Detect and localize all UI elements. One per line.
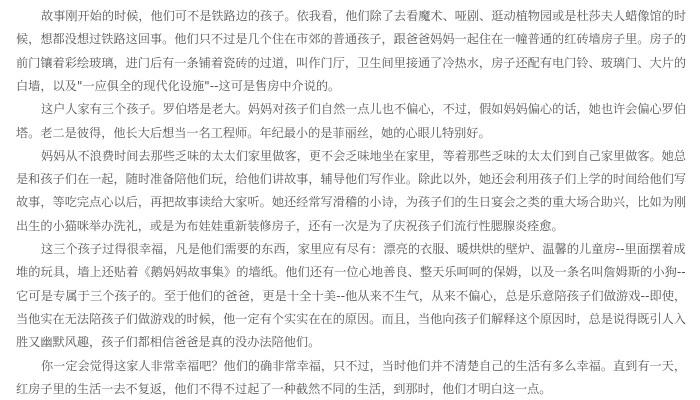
text-line: 你一定会觉得这家人非常幸福吧？他们的确非常幸福，只不过，当时他们并不清楚自己的生… [41,355,686,378]
text-line: 白墙，以及"一应俱全的现代化设施"--这可是售房中介说的。 [16,75,340,98]
text-line: 这户人家有三个孩子。罗伯塔是老大。妈妈对孩子们自然一点儿也不偏心，不过，假如妈妈… [41,98,686,121]
text-line: 当他实在无法陪孩子们做游戏的时候，他一定有个实实在在的原因。而且，当他向孩子们解… [16,308,686,331]
text-line: 胜又幽默风趣，孩子们都相信爸爸是真的没办法陪他们。 [16,331,320,354]
text-line: 堆的玩具，墙上还贴着《鹅妈妈故事集》的墙纸。他们还有一位心地善良、整天乐呵呵的保… [16,261,686,284]
document-body: 故事刚开始的时候，他们可不是铁路边的孩子。依我看，他们除了去看魔术、哑剧、逛动植… [0,0,700,400]
text-line: 故事刚开始的时候，他们可不是铁路边的孩子。依我看，他们除了去看魔术、哑剧、逛动植… [41,5,686,28]
text-line: 是和孩子们在一起，随时准备陪他们玩，给他们讲故事，辅导他们写作业。除此以外，她还… [16,168,686,191]
text-line: 故事，等吃完点心以后，再把故事读给大家听。她还经常写滑稽的小诗，为孩子们的生日宴… [16,191,686,214]
text-line: 这三个孩子过得很幸福，凡是他们需要的东西，家里应有尽有：漂亮的衣服、暖烘烘的壁炉… [41,238,686,261]
text-line: 前门镶着彩绘玻璃，进门后有一条铺着瓷砖的过道，叫作门厅，卫生间里接通了冷热水，房… [16,52,686,75]
text-line: 候，想都没想过铁路这回事。他们只不过是几个住在市郊的普通孩子，跟爸爸妈妈一起住在… [16,28,686,51]
text-line: 出生的小猫咪举办洗礼，或是为布娃娃重新装修房子，还有一次是为了庆祝孩子们流行性腮… [16,215,564,238]
text-line: 它可是专属于三个孩子的。至于他们的爸爸，更是十全十美--他从来不生气，从来不偏心… [16,285,686,308]
text-line: 红房子里的生活一去不复返，他们不得不过起了一种截然不同的生活，到那时，他们才明白… [16,378,551,400]
text-line: 塔。老二是彼得，他长大后想当一名工程师。年纪最小的是菲丽丝，她的心眼儿特别好。 [16,122,491,145]
text-line: 妈妈从不浪费时间去那些乏味的太太们家里做客，更不会乏味地坐在家里，等着那些乏味的… [41,145,686,168]
